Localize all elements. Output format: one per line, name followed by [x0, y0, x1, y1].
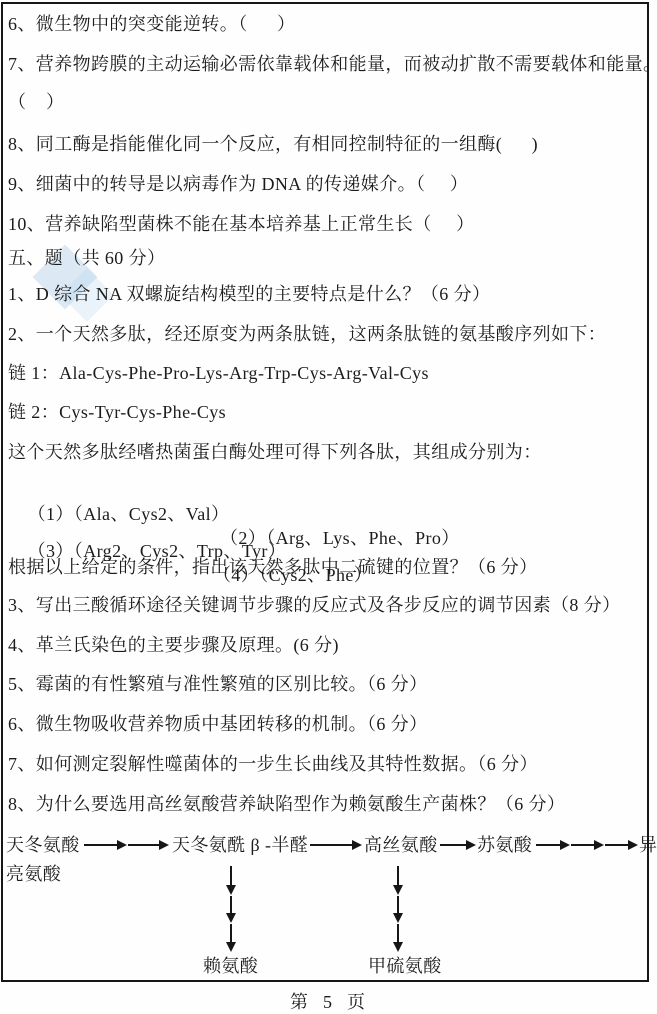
peptide-chain-1: 链 1：Ala-Cys-Phe-Pro-Lys-Arg-Trp-Cys-Arg-…	[8, 361, 649, 385]
pathway-node-threonine: 苏氨酸	[477, 833, 532, 857]
pathway-node-aspartate: 天冬氨酸	[6, 833, 80, 857]
tf-question-7: 7、营养物跨膜的主动运输必需依靠载体和能量，而被动扩散不需要载体和能量。	[8, 52, 649, 76]
pathway-node-aspartate-semialdehyde: 天冬氨酰 β -半醛	[172, 833, 308, 857]
page-number-footer: 第 5 页	[0, 988, 657, 1014]
q2-description: 这个天然多肽经嗜热菌蛋白酶处理可得下列各肽，其组成分别为：	[8, 440, 649, 464]
metabolic-pathway-diagram: 天冬氨酸 天冬氨酰 β -半醛 高丝氨酸 苏氨酸 异 亮氨酸	[0, 826, 657, 982]
tf-question-6: 6、微生物中的突变能逆转。（ ）	[8, 12, 649, 36]
pathway-node-homoserine: 高丝氨酸	[364, 833, 438, 857]
essay-question-2: 2、一个天然多肽，经还原变为两条肽链，这两条肽链的氨基酸序列如下：	[8, 322, 649, 346]
essay-question-4: 4、革兰氏染色的主要步骤及原理。(6 分)	[8, 633, 649, 657]
exam-page: 6、微生物中的突变能逆转。（ ） 7、营养物跨膜的主动运输必需依靠载体和能量，而…	[0, 0, 657, 1014]
pathway-node-isoleucine-part1: 异	[639, 833, 657, 857]
essay-question-7: 7、如何测定裂解性噬菌体的一步生长曲线及其特性数据。（6 分）	[8, 752, 649, 776]
arrow-right-triple-icon	[536, 839, 638, 851]
peptide-chain-2: 链 2：Cys-Tyr-Cys-Phe-Cys	[8, 400, 649, 424]
arrow-right-double-icon	[84, 839, 170, 851]
q2-followup: 根据以上给定的条件，指出该天然多肽中二硫键的位置？（6 分）	[8, 555, 649, 579]
arrow-right-icon	[440, 839, 476, 851]
essay-question-3: 3、写出三酸循环途径关键调节步骤的反应式及各步反应的调节因素（8 分）	[8, 593, 649, 617]
tf-question-8: 8、同工酶是指能催化同一个反应，有相同控制特征的一组酶( )	[8, 132, 649, 156]
arrow-down-triple-icon	[392, 866, 404, 952]
tf-question-10: 10、营养缺陷型菌株不能在基本培养基上正常生长（ ）	[8, 212, 649, 236]
arrow-down-triple-icon	[225, 866, 237, 952]
tf-question-7-blank: （ ）	[8, 90, 649, 114]
essay-question-8: 8、为什么要选用高丝氨酸营养缺陷型作为赖氨酸生产菌株？（6 分）	[8, 792, 649, 816]
section-5-header: 五、题（共 60 分）	[8, 246, 649, 270]
arrow-right-icon	[310, 839, 362, 851]
pathway-node-methionine: 甲硫氨酸	[368, 954, 442, 978]
pathway-node-lysine: 赖氨酸	[203, 954, 258, 978]
essay-question-6: 6、微生物吸收营养物质中基团转移的机制。（6 分）	[8, 712, 649, 736]
essay-question-5: 5、霉菌的有性繁殖与准性繁殖的区别比较。（6 分）	[8, 672, 649, 696]
essay-question-1: 1、D 综合 NA 双螺旋结构模型的主要特点是什么？（6 分）	[8, 282, 649, 306]
pathway-node-isoleucine-part2: 亮氨酸	[6, 862, 61, 886]
tf-question-9: 9、细菌中的转导是以病毒作为 DNA 的传递媒介。（ ）	[8, 172, 649, 196]
